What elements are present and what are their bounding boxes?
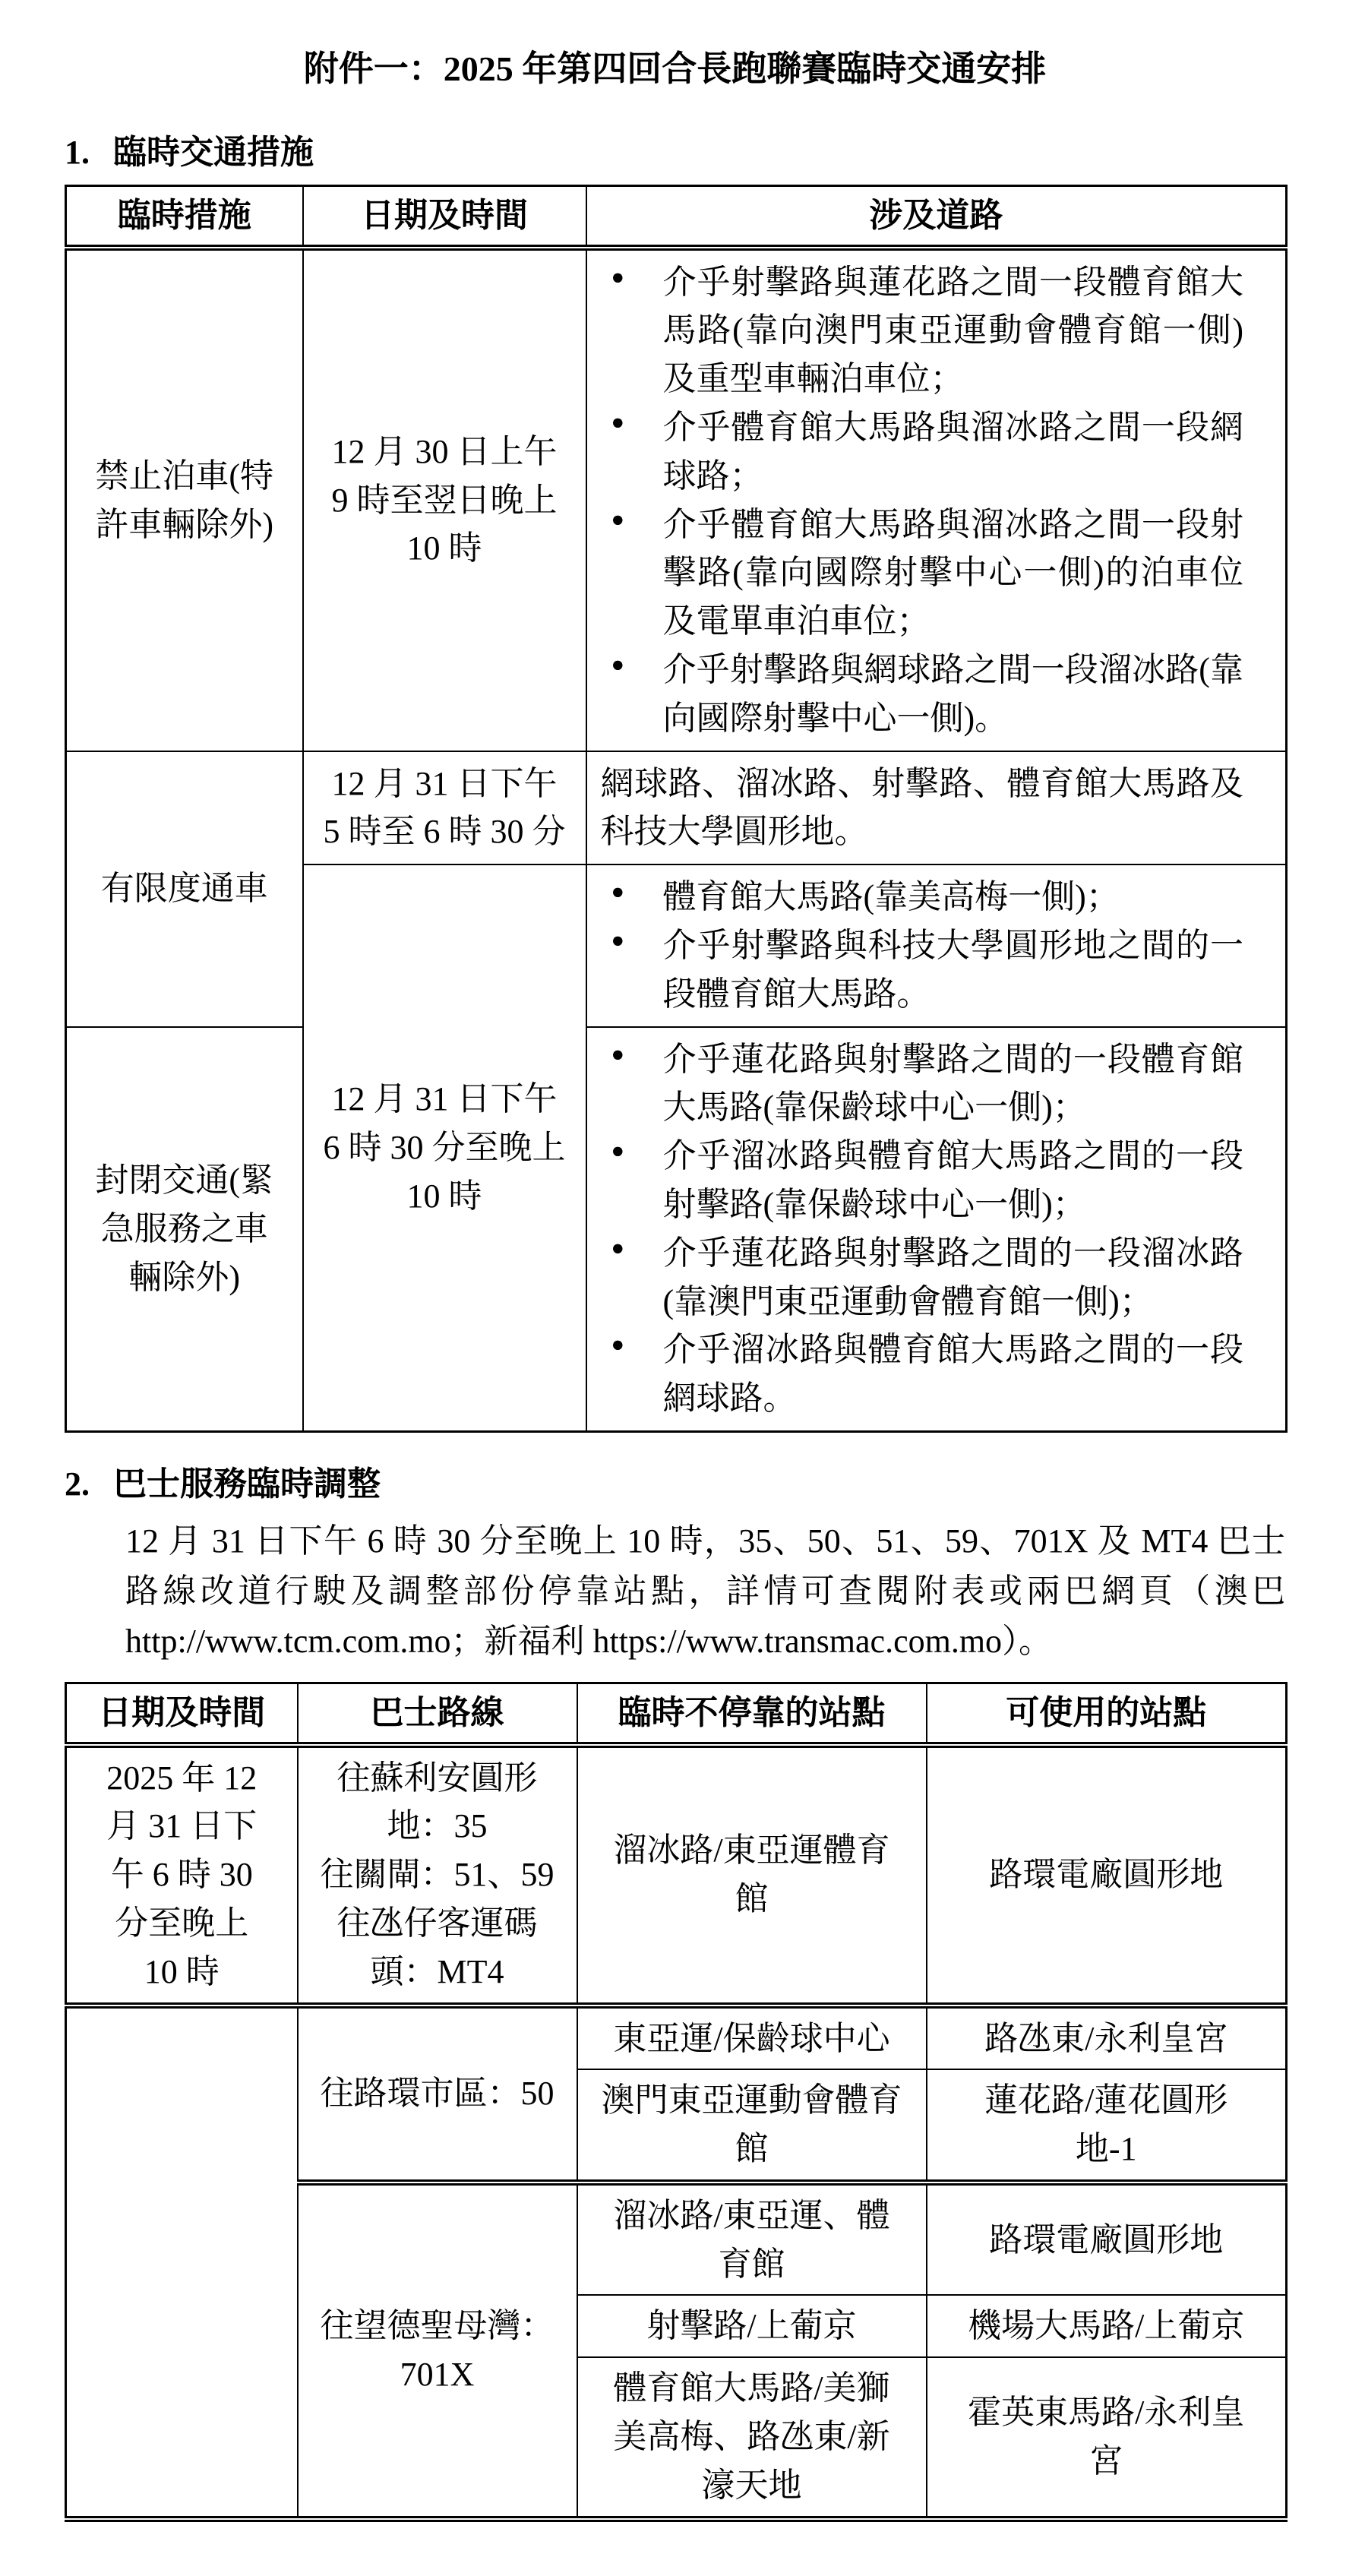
datetime-no-parking: 12 月 30 日上午 9 時至翌日晚上 10 時	[303, 248, 586, 751]
usable-stop-group1: 路環電廠圓形地	[927, 1745, 1287, 2005]
col-header-datetime: 日期及時間	[303, 185, 586, 247]
traffic-measures-table: 臨時措施 日期及時間 涉及道路 禁止泊車(特許車輛除外) 12 月 30 日上午…	[65, 185, 1288, 1433]
road-item: 介乎體育館大馬路與溜冰路之間一段射擊路(靠向國際射擊中心一側)的泊車位及電單車泊…	[601, 501, 1244, 646]
row-no-parking: 禁止泊車(特許車輛除外) 12 月 30 日上午 9 時至翌日晚上 10 時 介…	[66, 248, 1287, 751]
bus-datetime-empty-cell	[66, 2005, 298, 2519]
road-item: 介乎射擊路與科技大學圓形地之間的一段體育館大馬路。	[601, 921, 1244, 1019]
road-item: 介乎溜冰路與體育館大馬路之間的一段網球路。	[601, 1326, 1244, 1423]
col-header-roads: 涉及道路	[586, 185, 1287, 247]
road-item: 介乎蓮花路與射擊路之間的一段溜冰路(靠澳門東亞運動會體育館一側)；	[601, 1229, 1244, 1326]
bus-table-header-row: 日期及時間 巴士路線 臨時不停靠的站點 可使用的站點	[66, 1683, 1287, 1744]
road-item: 介乎射擊路與網球路之間一段溜冰路(靠向國際射擊中心一側)。	[601, 646, 1244, 743]
measure-no-parking: 禁止泊車(特許車輛除外)	[66, 248, 303, 751]
page-title: 附件一：2025 年第四回合長跑聯賽臨時交通安排	[65, 43, 1285, 95]
section2-heading: 2.巴士服務臨時調整	[65, 1460, 1285, 1509]
usable-stop-group2-a: 路氹東/永利皇宮	[927, 2005, 1287, 2070]
bus-adjustment-paragraph: 12 月 31 日下午 6 時 30 分至晚上 10 時，35、50、51、59…	[125, 1516, 1285, 1667]
road-item: 介乎體育館大馬路與溜冰路之間一段網球路；	[601, 403, 1244, 501]
skipped-stop-group2-b: 澳門東亞運動會體育館	[577, 2069, 927, 2182]
bus-datetime-cell: 2025 年 12 月 31 日下午 6 時 30 分至晚上 10 時	[66, 1745, 298, 2005]
col-header-usable-stops: 可使用的站點	[927, 1683, 1287, 1744]
datetime-evening-period: 12 月 31 日下午 6 時 30 分至晚上 10 時	[303, 864, 586, 1431]
bus-route-item: 往蘇利安圓形地：35	[308, 1754, 567, 1851]
usable-stop-group2-b: 蓮花路/蓮花圓形地-1	[927, 2069, 1287, 2182]
usable-stop-group3-a: 路環電廠圓形地	[927, 2182, 1287, 2296]
datetime-limited-traffic: 12 月 31 日下午 5 時至 6 時 30 分	[303, 751, 586, 865]
roads-limited-traffic-b: 體育館大馬路(靠美高梅一側)； 介乎射擊路與科技大學圓形地之間的一段體育館大馬路…	[586, 864, 1287, 1026]
skipped-stop-group1: 溜冰路/東亞運體育館	[577, 1745, 927, 2005]
bus-routes-group1: 往蘇利安圓形地：35 往關閘：51、59 往氹仔客運碼頭：MT4	[298, 1745, 577, 2005]
road-item: 體育館大馬路(靠美高梅一側)；	[601, 873, 1244, 921]
skipped-stop-group3-a: 溜冰路/東亞運、體育館	[577, 2182, 927, 2296]
road-item: 介乎射擊路與蓮花路之間一段體育館大馬路(靠向澳門東亞運動會體育館一側)及重型車輛…	[601, 258, 1244, 403]
usable-stop-group3-c: 霍英東馬路/永利皇宮	[927, 2357, 1287, 2518]
bus-route-group3: 往望德聖母灣：701X	[298, 2182, 577, 2519]
measure-road-closure: 封閉交通(緊急服務之車輛除外)	[66, 1027, 303, 1432]
col-header-skipped-stops: 臨時不停靠的站點	[577, 1683, 927, 1744]
road-item: 介乎溜冰路與體育館大馬路之間的一段射擊路(靠保齡球中心一側)；	[601, 1132, 1244, 1229]
bus-row-group1: 2025 年 12 月 31 日下午 6 時 30 分至晚上 10 時 往蘇利安…	[66, 1745, 1287, 2005]
roads-road-closure: 介乎蓮花路與射擊路之間的一段體育館大馬路(靠保齡球中心一側)； 介乎溜冰路與體育…	[586, 1027, 1287, 1432]
section1-title: 臨時交通措施	[113, 134, 314, 171]
row-limited-traffic-a: 有限度通車 12 月 31 日下午 5 時至 6 時 30 分 網球路、溜冰路、…	[66, 751, 1287, 865]
section2-title: 巴士服務臨時調整	[113, 1465, 381, 1503]
measure-limited-traffic: 有限度通車	[66, 751, 303, 1027]
bus-route-group2: 往路環市區：50	[298, 2005, 577, 2182]
col-header-measure: 臨時措施	[66, 185, 303, 247]
bus-row-group2-a: 往路環市區：50 東亞運/保齡球中心 路氹東/永利皇宮	[66, 2005, 1287, 2070]
col-header-bus-datetime: 日期及時間	[66, 1683, 298, 1744]
row-road-closure: 封閉交通(緊急服務之車輛除外) 介乎蓮花路與射擊路之間的一段體育館大馬路(靠保齡…	[66, 1027, 1287, 1432]
document-page: 附件一：2025 年第四回合長跑聯賽臨時交通安排 1.臨時交通措施 臨時措施 日…	[0, 0, 1346, 2522]
road-item: 介乎蓮花路與射擊路之間的一段體育館大馬路(靠保齡球中心一側)；	[601, 1035, 1244, 1133]
bus-service-table: 日期及時間 巴士路線 臨時不停靠的站點 可使用的站點 2025 年 12 月 3…	[65, 1682, 1288, 2522]
skipped-stop-group3-c: 體育館大馬路/美獅美高梅、路氹東/新濠天地	[577, 2357, 927, 2518]
skipped-stop-group2-a: 東亞運/保齡球中心	[577, 2005, 927, 2070]
skipped-stop-group3-b: 射擊路/上葡京	[577, 2295, 927, 2357]
section2-number: 2.	[65, 1460, 113, 1509]
section1-number: 1.	[65, 128, 113, 177]
roads-no-parking: 介乎射擊路與蓮花路之間一段體育館大馬路(靠向澳門東亞運動會體育館一側)及重型車輛…	[586, 248, 1287, 751]
bus-route-item: 往關閘：51、59	[308, 1851, 567, 1899]
col-header-bus-routes: 巴士路線	[298, 1683, 577, 1744]
measures-table-header-row: 臨時措施 日期及時間 涉及道路	[66, 185, 1287, 247]
bus-route-item: 往氹仔客運碼頭：MT4	[308, 1899, 567, 1996]
roads-limited-traffic-a: 網球路、溜冰路、射擊路、體育館大馬路及科技大學圓形地。	[586, 751, 1287, 865]
usable-stop-group3-b: 機場大馬路/上葡京	[927, 2295, 1287, 2357]
section1-heading: 1.臨時交通措施	[65, 128, 1285, 177]
